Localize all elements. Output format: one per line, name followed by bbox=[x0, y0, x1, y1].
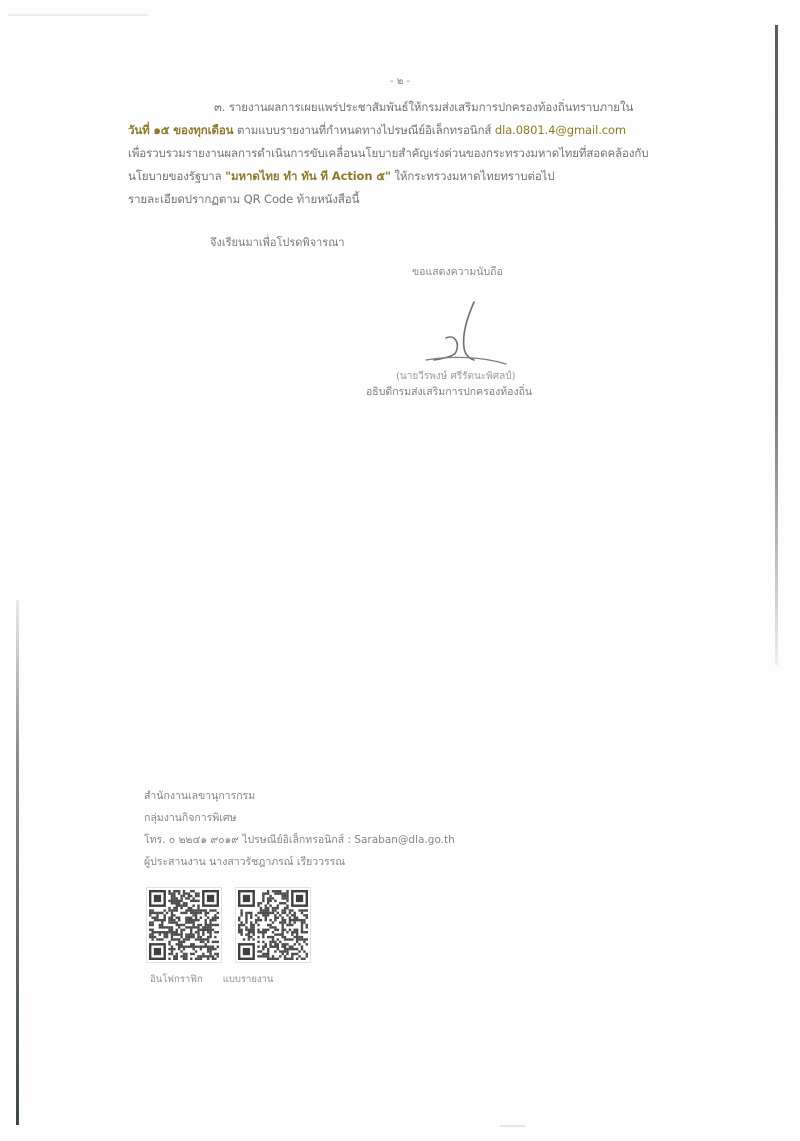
signer-title: อธิบดีกรมส่งเสริมการปกครองท้องถิ่น bbox=[366, 383, 532, 400]
body-text: เพื่อรวบรวมรายงานผลการดำเนินการขับเคลื่อ… bbox=[128, 146, 648, 160]
body-paragraph: ๓. รายงานผลการเผยแพร่ประชาสัมพันธ์ให้กรม… bbox=[128, 96, 728, 211]
body-text: นโยบายของรัฐบาล bbox=[128, 169, 225, 183]
paragraph-line: นโยบายของรัฐบาล "มหาดไทย ทำ ทัน ที Actio… bbox=[128, 165, 728, 188]
signature-image bbox=[410, 298, 520, 373]
qr-code-icon[interactable] bbox=[235, 887, 311, 963]
regards-line: ขอแสดงความนับถือ bbox=[412, 263, 503, 280]
body-text: ๓. รายงานผลการเผยแพร่ประชาสัมพันธ์ให้กรม… bbox=[214, 100, 633, 114]
document-page: - ๒ - ๓. รายงานผลการเผยแพร่ประชาสัมพันธ์… bbox=[0, 0, 800, 1141]
body-text: ให้กระทรวงมหาดไทยทราบต่อไป bbox=[391, 169, 555, 183]
highlighted-text: "มหาดไทย ทำ ทัน ที Action ๕" bbox=[225, 169, 391, 183]
scan-smudge bbox=[500, 1125, 525, 1127]
closing-line: จึงเรียนมาเพื่อโปรดพิจารณา bbox=[210, 233, 345, 251]
qr-label-infographic: อินโฟกราฟิก bbox=[150, 972, 203, 987]
signer-name: (นายวีรพงษ์ ศรีรัตนะพิศลป์) bbox=[396, 369, 516, 384]
scan-border-left bbox=[16, 600, 19, 1125]
qr-code-icon[interactable] bbox=[146, 887, 222, 963]
highlighted-text: วันที่ ๑๕ ของทุกเดือน bbox=[128, 123, 233, 137]
footer-contact: สำนักงานเลขานุการกรม กลุ่มงานกิจการพิเศษ… bbox=[144, 785, 455, 873]
footer-coordinator: ผู้ประสานงาน นางสาวรัชฎาภรณ์ เรียววรรณ bbox=[144, 851, 455, 873]
scan-border-right bbox=[775, 25, 778, 665]
scan-smudge bbox=[8, 14, 148, 16]
qr-code-row bbox=[146, 887, 311, 963]
body-text: รายละเอียดปรากฏตาม QR Code ท้ายหนังสือนี… bbox=[128, 192, 359, 206]
footer-group: กลุ่มงานกิจการพิเศษ bbox=[144, 807, 455, 829]
paragraph-line: วันที่ ๑๕ ของทุกเดือน ตามแบบรายงานที่กำห… bbox=[128, 119, 728, 142]
footer-office: สำนักงานเลขานุการกรม bbox=[144, 785, 455, 807]
paragraph-line: เพื่อรวบรวมรายงานผลการดำเนินการขับเคลื่อ… bbox=[128, 142, 728, 165]
qr-code-labels: อินโฟกราฟิก แบบรายงาน bbox=[150, 972, 273, 987]
page-number: - ๒ - bbox=[0, 74, 800, 89]
paragraph-line: รายละเอียดปรากฏตาม QR Code ท้ายหนังสือนี… bbox=[128, 188, 728, 211]
paragraph-line: ๓. รายงานผลการเผยแพร่ประชาสัมพันธ์ให้กรม… bbox=[128, 96, 728, 119]
body-text: ตามแบบรายงานที่กำหนดทางไปรษณีย์อิเล็กทรอ… bbox=[233, 123, 495, 137]
footer-contact-line: โทร. ๐ ๒๒๔๑ ๙๐๑๙ ไปรษณีย์อิเล็กทรอนิกส์ … bbox=[144, 829, 455, 851]
email-text: dla.0801.4@gmail.com bbox=[495, 123, 626, 137]
qr-label-report-form: แบบรายงาน bbox=[223, 972, 274, 987]
